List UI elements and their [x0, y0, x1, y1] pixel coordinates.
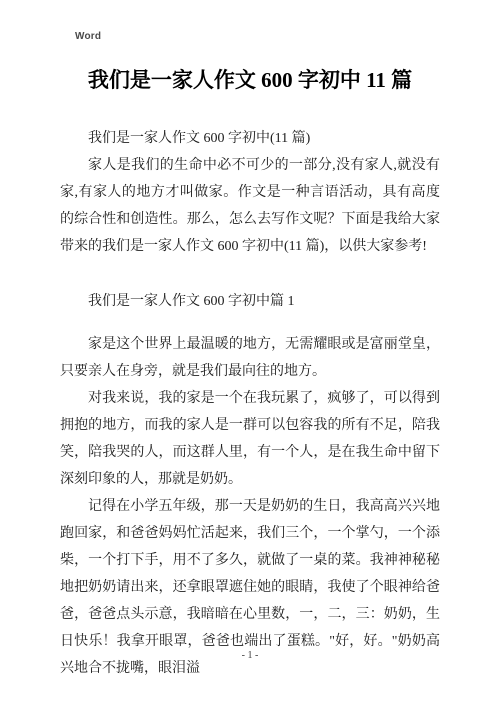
paragraph: 我们是一家人作文 600 字初中(11 篇): [60, 125, 440, 152]
page-number: - 1 -: [0, 650, 500, 661]
paragraph: 家人是我们的生命中必不可少的一部分,没有家人,就没有家,有家人的地方才叫做家。作…: [60, 152, 440, 260]
document-body: 我们是一家人作文 600 字初中 11 篇 我们是一家人作文 600 字初中(1…: [60, 66, 440, 682]
document-page: Word 我们是一家人作文 600 字初中 11 篇 我们是一家人作文 600 …: [0, 0, 500, 707]
paragraph: 对我来说，我的家是一个在我玩累了，疯够了，可以得到拥抱的地方，而我的家人是一群可…: [60, 385, 440, 493]
word-app-label: Word: [75, 31, 101, 42]
document-title: 我们是一家人作文 600 字初中 11 篇: [60, 66, 440, 95]
paragraph-container: 我们是一家人作文 600 字初中(11 篇)家人是我们的生命中必不可少的一部分,…: [60, 125, 440, 682]
paragraph: 家是这个世界上最温暖的地方，无需耀眼或是富丽堂皇，只要亲人在身旁，就是我们最向往…: [60, 331, 440, 385]
section-heading: 我们是一家人作文 600 字初中篇 1: [60, 288, 440, 315]
